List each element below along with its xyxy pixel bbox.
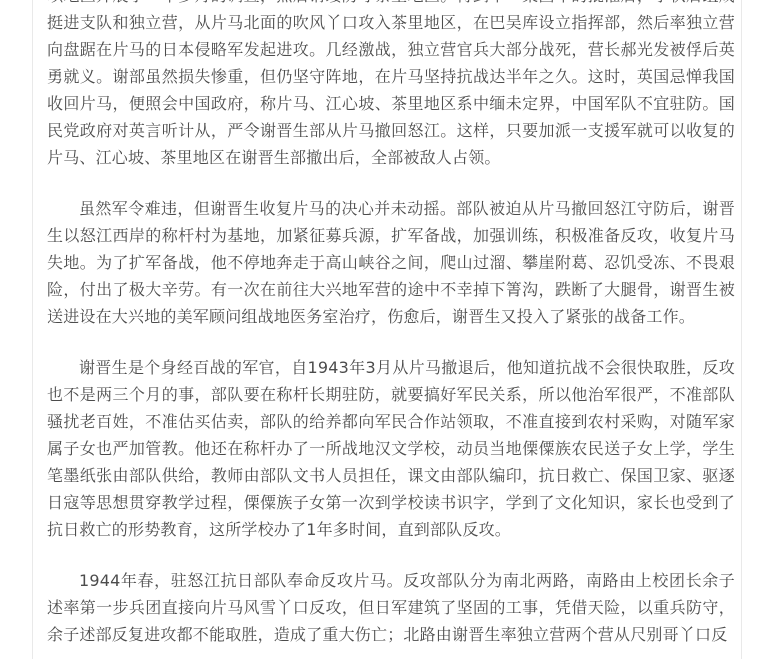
article-column: 坝地区开展了一个多月的调查，然后请缨防守茶里地区。得到十一集团军的批准后，于秋后…: [32, 0, 742, 651]
paragraph-1: 坝地区开展了一个多月的调查，然后请缨防守茶里地区。得到十一集团军的批准后，于秋后…: [47, 0, 735, 171]
paragraph-2: 虽然军令难违，但谢晋生收复片马的决心并未动摇。部队被迫从片马撤回怒江守防后，谢晋…: [47, 195, 735, 330]
article-body: 坝地区开展了一个多月的调查，然后请缨防守茶里地区。得到十一集团军的批准后，于秋后…: [47, 0, 735, 648]
paragraph-4: 1944年春，驻怒江抗日部队奉命反攻片马。反攻部队分为南北两路，南路由上校团长余…: [47, 567, 735, 648]
paragraph-3: 谢晋生是个身经百战的军官，自1943年3月从片马撤退后，他知道抗战不会很快取胜，…: [47, 354, 735, 543]
